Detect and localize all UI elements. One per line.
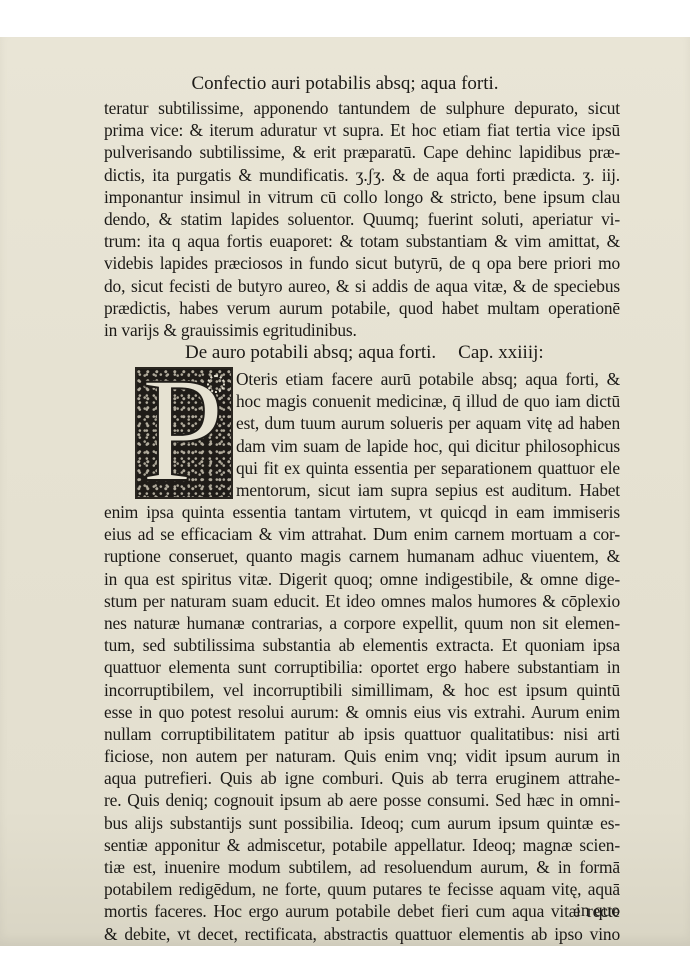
text-line: trum: ita q aqua fortis euaporet: & tota…: [104, 230, 620, 252]
text-line: mortis faceres. Hoc ergo aurum potabile …: [104, 900, 620, 922]
text-line: dendo, & statim lapides soluentor. Quumq…: [104, 208, 620, 230]
text-line: esse in quo potest resolui aurum: & omni…: [104, 701, 620, 723]
text-line: prædictis, habes verum aurum potabile, q…: [104, 297, 620, 319]
text-line: eius ad se efficaciam & vim attrahat. Du…: [104, 523, 620, 545]
text-line: re. Quis deniq; cognouit ipsum ab aere p…: [104, 789, 620, 811]
text-line: in varijs & grauissimis egritudinibus.: [104, 319, 620, 341]
decorated-initial-p-icon: P: [135, 367, 233, 499]
paragraph-2-indented: Oteris etiam facere aurū potabile absq; …: [236, 368, 620, 501]
text-line: do, sicut fecisti de butyro aureo, & si …: [104, 275, 620, 297]
text-line: imponantur insimul in vitrum cū collo lo…: [104, 186, 620, 208]
text-line: tiæ est, inuenire modum subtilem, ad res…: [104, 856, 620, 878]
text-line: Oteris etiam facere aurū potabile absq; …: [236, 368, 620, 390]
text-line: videbis lapides præciosos in fundo sicut…: [104, 252, 620, 274]
running-head: Confectio auri potabilis absq; aqua fort…: [0, 73, 690, 95]
text-line: pulverisando subtilissime, & erit præpar…: [104, 141, 620, 163]
text-line: sentiæ apponitur & admiscetur, potabile …: [104, 834, 620, 856]
chapter-title: De auro potabili absq; aqua forti.: [185, 342, 436, 363]
paragraph-2-full: enim ipsa quinta essentia tantam virtute…: [104, 501, 620, 945]
text-line: dictis, ita purgatis & mundificatis. ʒ.ʃ…: [104, 164, 620, 186]
text-line: est, dum tuum aurum solueris per aquam v…: [236, 412, 620, 434]
text-line: stum per naturam suam educit. Et ideo om…: [104, 590, 620, 612]
text-line: bus alijs substantijs sunt possibilia. I…: [104, 812, 620, 834]
text-line: hoc magis conuenit medicinæ, q̄ illud de…: [236, 390, 620, 412]
text-line: potabilem redigēdum, ne forte, quum puta…: [104, 878, 620, 900]
flower-ornament-icon: [207, 375, 225, 393]
text-line: tum, sed subtilissima substantia ab elem…: [104, 634, 620, 656]
text-line: in qua est spiritus vitæ. Digerit quoq; …: [104, 568, 620, 590]
text-line: ruptione conseruet, quanto magis carnem …: [104, 545, 620, 567]
text-line: prima vice: & iterum aduratur vt supra. …: [104, 119, 620, 141]
text-line: ficiose, non autem per naturam. Quis eni…: [104, 745, 620, 767]
text-line: mentorum, sicut iam supra sepius est aud…: [236, 479, 620, 501]
text-line: enim ipsa quinta essentia tantam virtute…: [104, 501, 620, 523]
chapter-number: Cap. xxiiij:: [458, 342, 544, 363]
text-line: nullam corruptibilitatem patitur ab ipsi…: [104, 723, 620, 745]
text-line: & debite, vt decet, rectificata, abstrac…: [104, 923, 620, 945]
text-line: qui fit ex quinta essentia per separatio…: [236, 457, 620, 479]
text-line: quattuor elementa sunt corruptibilia: op…: [104, 656, 620, 678]
text-line: incorruptibilem, vel incorruptibili simi…: [104, 679, 620, 701]
chapter-heading: De auro potabili absq; aqua forti.Cap. x…: [185, 342, 544, 364]
paragraph-1: teratur subtilissime, apponendo tantunde…: [104, 97, 620, 341]
catchword: in quo: [576, 900, 620, 921]
text-line: nes naturæ humanæ contrarias, a corpore …: [104, 612, 620, 634]
text-line: teratur subtilissime, apponendo tantunde…: [104, 97, 620, 119]
text-line: dam vim suam de lapide hoc, qui dicitur …: [236, 435, 620, 457]
text-line: aqua putrefieri. Quis ab igne comburi. Q…: [104, 767, 620, 789]
